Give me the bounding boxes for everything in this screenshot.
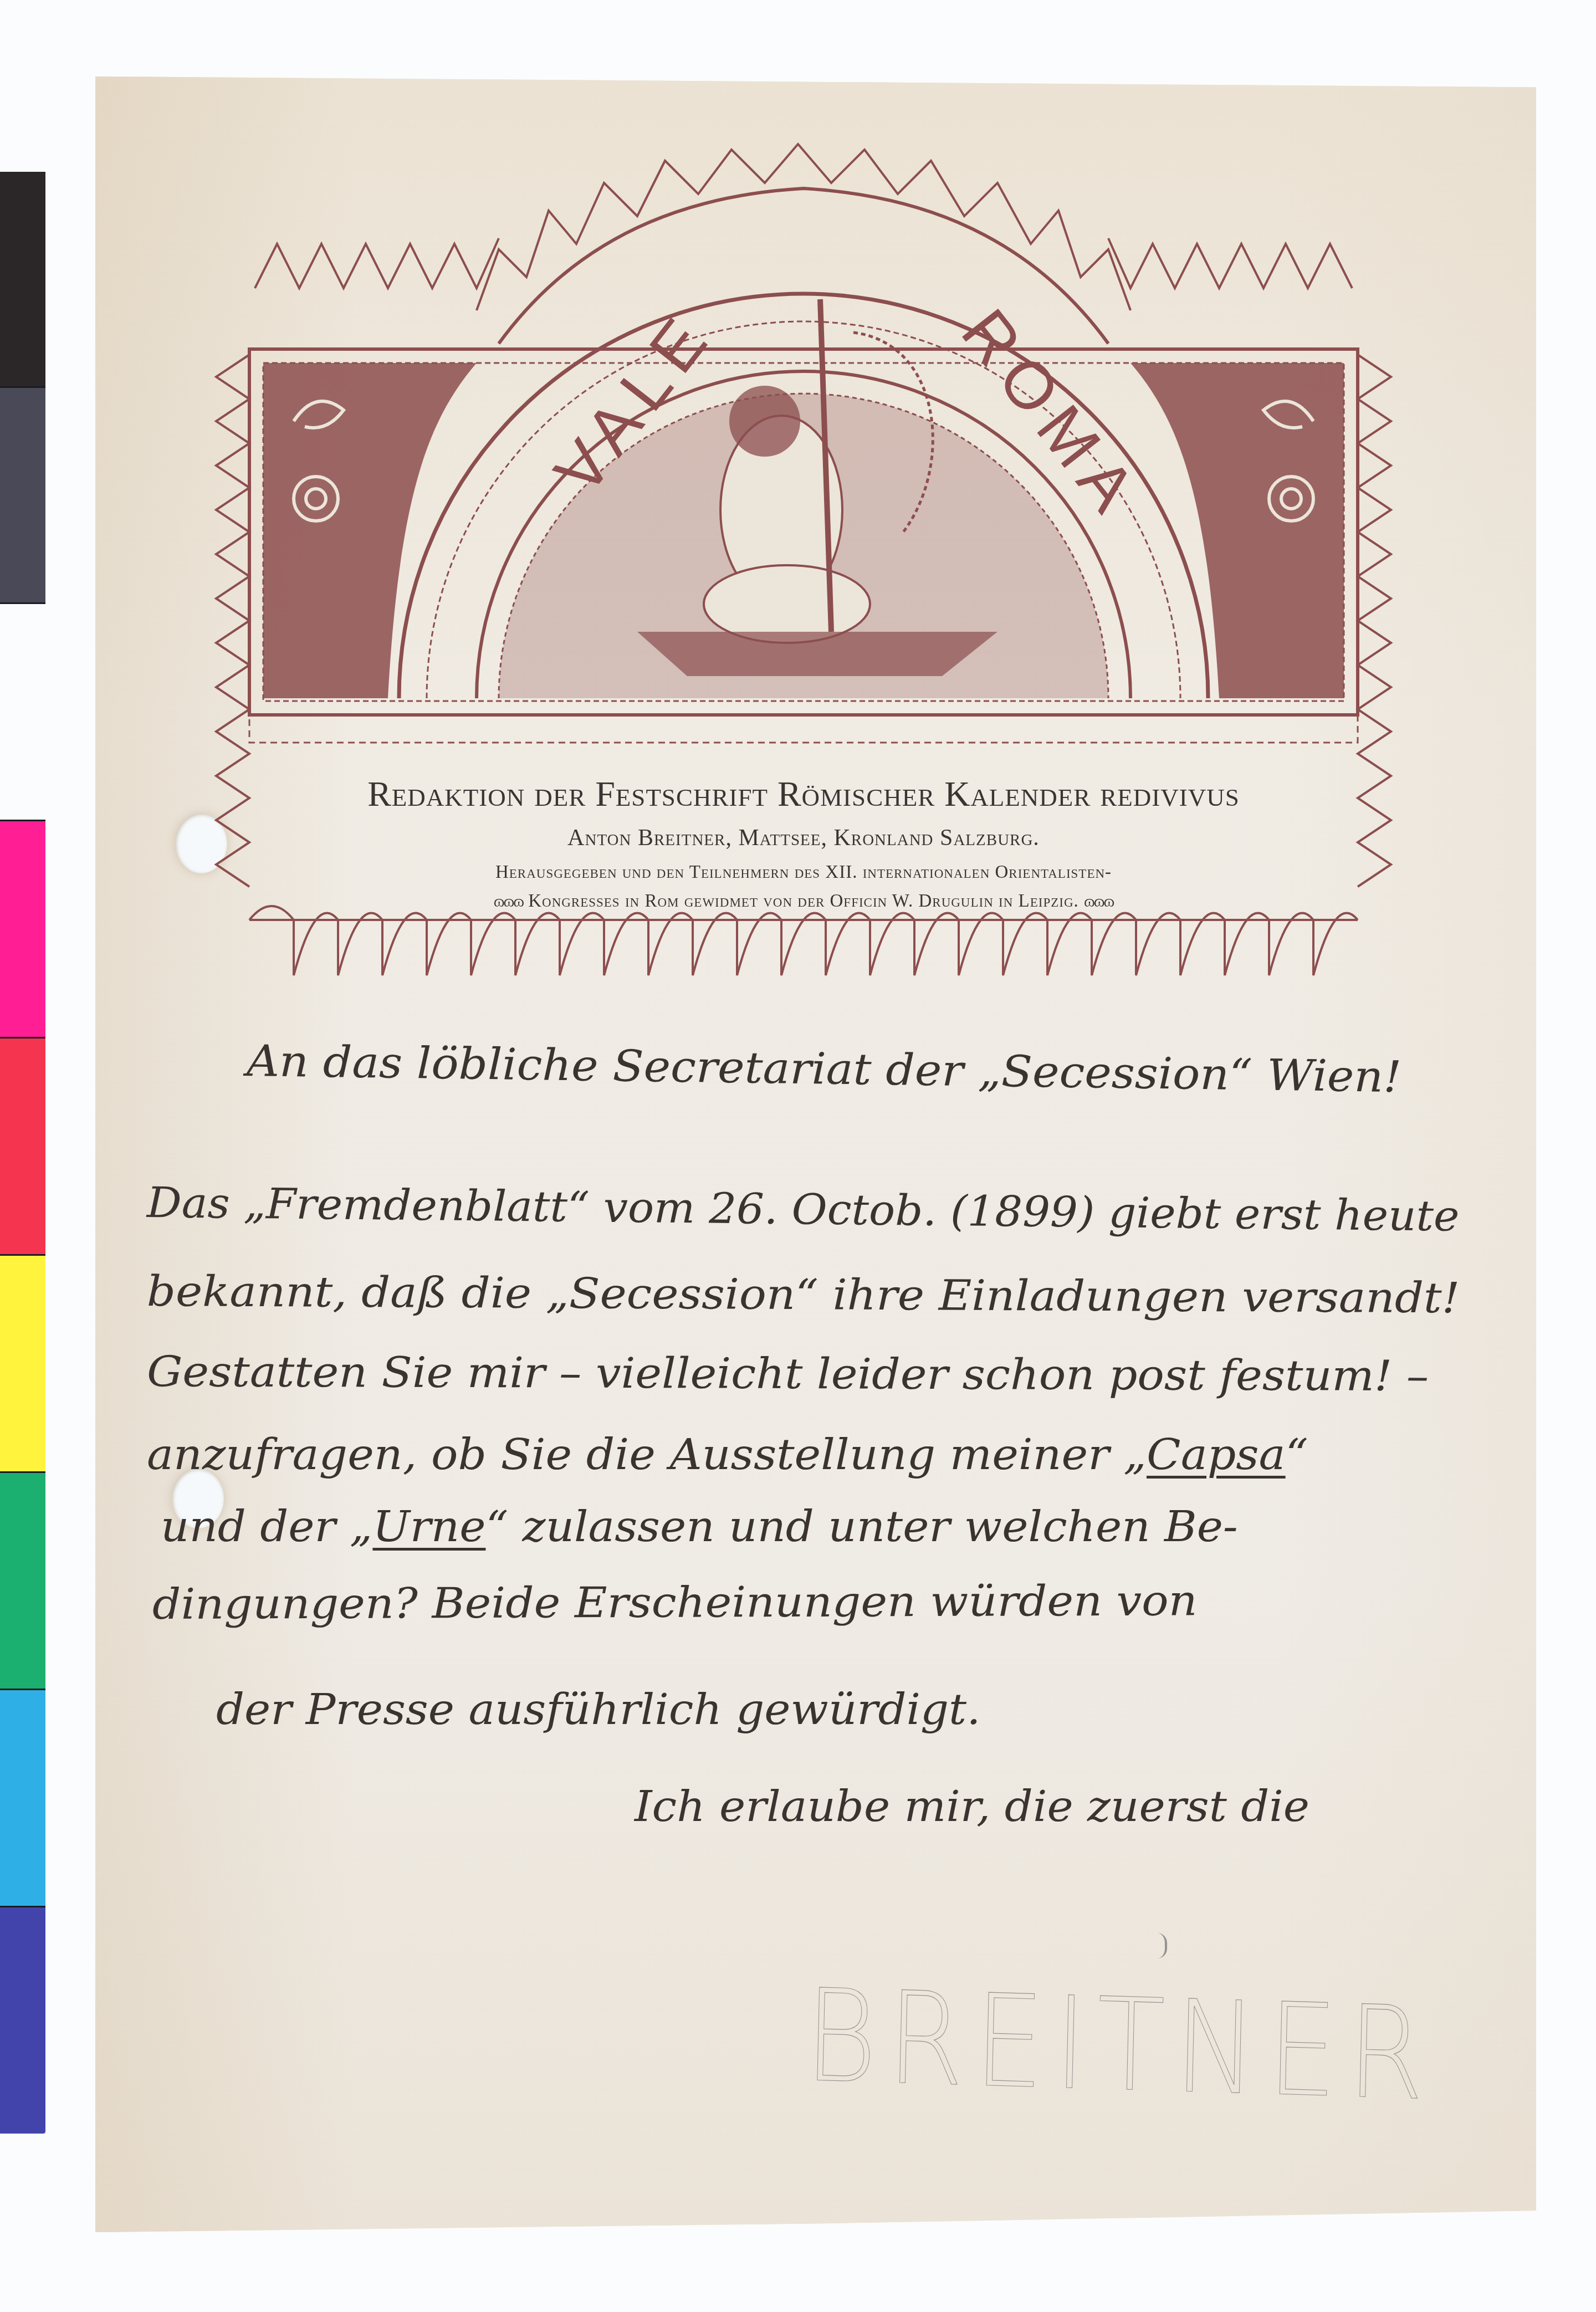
color-calibration-strip [0, 172, 45, 2134]
letter-line: der Presse ausführlich gewürdigt. [216, 1685, 981, 1734]
mosaic-lunette-illustration: VALE ROMA [166, 111, 1441, 1020]
letter-line: dingungen? Beide Erscheinungen würden vo… [152, 1576, 1198, 1629]
scroll-ornament-icon: ɷɷɷ [1084, 892, 1113, 911]
letterhead-dedication-line-2: ɷɷɷ Kongresses in Rom gewidmet von der O… [249, 891, 1358, 912]
letter-line: Gestatten Sie mir – vielleicht leider sc… [147, 1347, 1429, 1400]
swatch-dark-gray [0, 388, 45, 604]
letterhead-dedication-line-1: Herausgegeben und den Teilnehmern des XI… [249, 862, 1358, 883]
letterhead-address: Anton Breitner, Mattsee, Kronland Salzbu… [249, 825, 1358, 851]
letterhead-dedication-text: Kongresses in Rom gewidmet von der Offic… [528, 891, 1079, 911]
swatch-yellow [0, 1256, 45, 1473]
letter-line: bekannt, daß die „Secession“ ihre Einlad… [147, 1266, 1460, 1322]
swatch-blue [0, 1907, 45, 2134]
swatch-red [0, 1039, 45, 1256]
letterhead-ornament: VALE ROMA [166, 111, 1441, 1020]
scroll-ornament-icon: ɷɷɷ [494, 892, 523, 911]
letter-line: anzufragen, ob Sie die Ausstellung meine… [147, 1430, 1308, 1479]
letter-line: und der „Urne“ zulassen und unter welche… [161, 1502, 1238, 1551]
swatch-cyan [0, 1690, 45, 1907]
swatch-green [0, 1473, 45, 1690]
swatch-magenta [0, 821, 45, 1039]
swatch-black [0, 172, 45, 388]
pencil-signature: BREITNER [803, 1962, 1436, 2129]
letter-closing-line: Ich erlaube mir, die zuerst die [635, 1782, 1309, 1831]
swatch-white [0, 604, 45, 821]
letterhead-title: Redaktion der Festschrift Römischer Kale… [249, 774, 1358, 815]
